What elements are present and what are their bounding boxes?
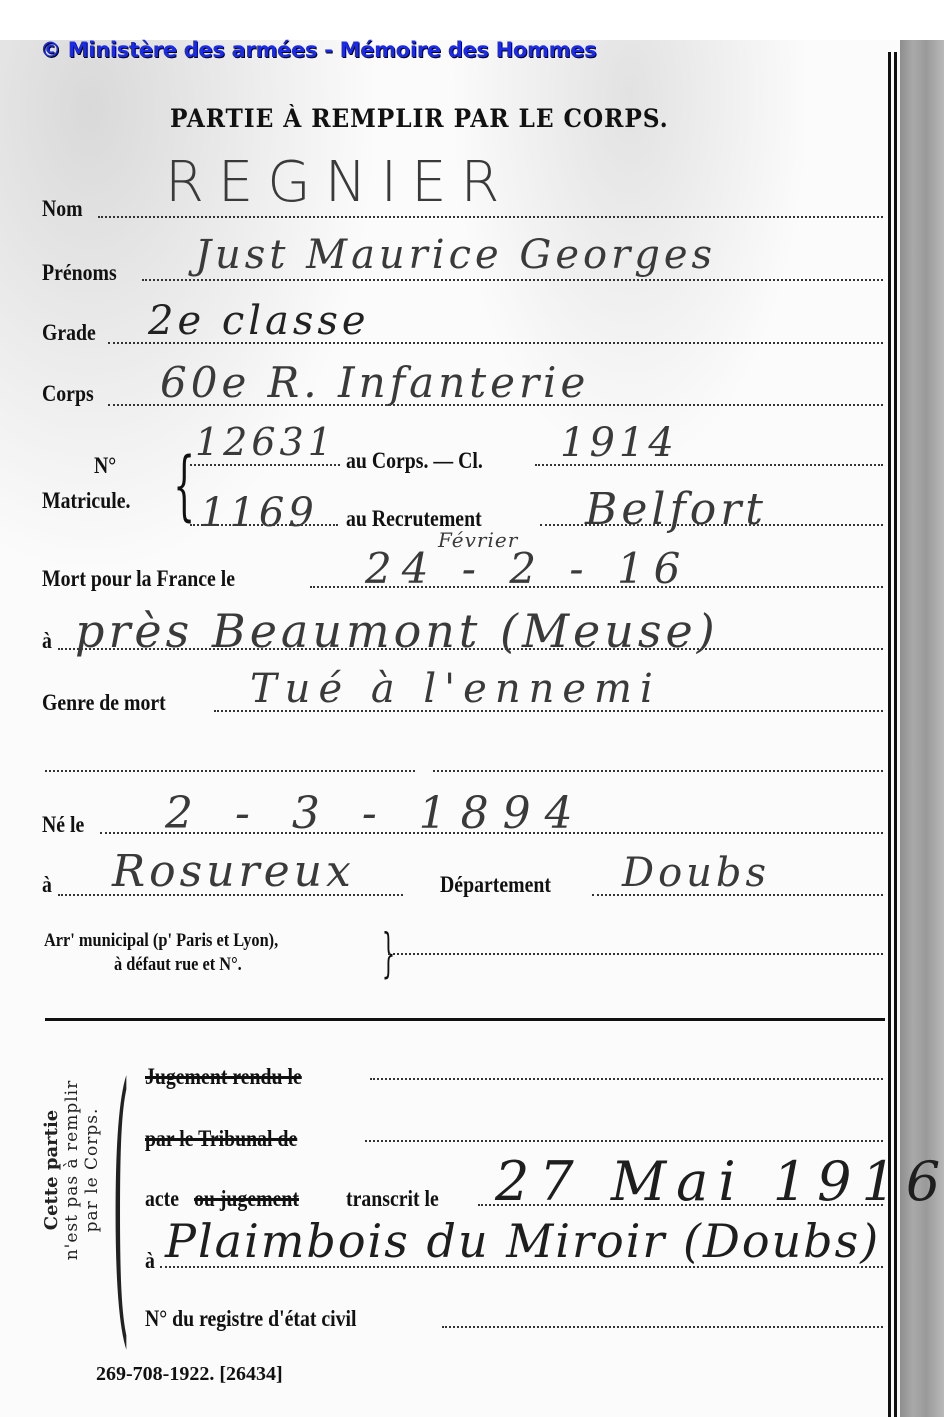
recrutement-number: 1169	[200, 490, 318, 536]
classe-value: 1914	[560, 420, 678, 466]
ne-le-label: Né le	[42, 812, 84, 838]
corps-number-label: au Corps. — Cl.	[346, 448, 483, 474]
form-title: PARTIE À REMPLIR PAR LE CORPS.	[170, 104, 669, 133]
grade-value: 2e classe	[148, 298, 370, 344]
dotted-line	[365, 1140, 883, 1142]
prenoms-value: Just Maurice Georges	[195, 232, 716, 278]
acte-label-struck: ou jugement	[194, 1186, 299, 1212]
dotted-line	[98, 216, 883, 218]
dotted-line	[442, 1326, 883, 1328]
print-reference: 269-708-1922. [26434]	[96, 1363, 283, 1386]
acte-label-prefix: acte	[145, 1186, 179, 1212]
genre-mort-label: Genre de mort	[42, 690, 166, 716]
dotted-line	[142, 279, 883, 281]
jugement-label: Jugement rendu le	[145, 1064, 302, 1090]
side-note: Cette partie n'est pas à remplir par le …	[42, 1050, 102, 1290]
departement-value: Doubs	[622, 850, 770, 896]
side-note-line: n'est pas à remplir	[62, 1050, 82, 1290]
side-note-line: Cette partie	[42, 1050, 62, 1290]
nom-value: REGNIER	[165, 150, 513, 215]
brace: {	[173, 440, 195, 530]
genre-mort-value: Tué à l'ennemi	[250, 666, 661, 712]
copyright-watermark: © Ministère des armées - Mémoire des Hom…	[40, 38, 596, 62]
top-margin	[0, 0, 944, 40]
dotted-line	[370, 1078, 883, 1080]
tribunal-label: par le Tribunal de	[145, 1126, 297, 1152]
grade-label: Grade	[42, 320, 96, 346]
side-note-line: par le Corps.	[82, 1050, 102, 1290]
mort-date-value: 24 - 2 - 16	[365, 544, 690, 593]
recrutement-place: Belfort	[585, 484, 767, 535]
departement-label: Département	[440, 872, 551, 898]
no-label: N°	[94, 453, 116, 479]
arrondissement-label-line1: Arr' municipal (p' Paris et Lyon),	[44, 930, 278, 952]
dotted-line	[190, 464, 340, 466]
ne-a-value: Rosureux	[112, 846, 355, 897]
registre-label: N° du registre d'état civil	[145, 1306, 357, 1332]
nom-label: Nom	[42, 196, 83, 222]
brace: (	[112, 1050, 130, 1350]
dotted-line	[388, 953, 883, 955]
dotted-line	[45, 770, 415, 772]
ne-le-value: 2 - 3 - 1894	[165, 788, 587, 839]
ne-a-label: à	[42, 872, 52, 898]
lieu-label: à	[145, 1248, 155, 1274]
matricule-label: Matricule.	[42, 488, 130, 514]
lieu-value: Plaimbois du Miroir (Doubs)	[165, 1214, 880, 1268]
corps-value: 60e R. Infanterie	[160, 358, 589, 407]
mort-lieu-label: à	[42, 628, 52, 654]
acte-date-value: 27 Mai 1916	[495, 1150, 944, 1213]
arrondissement-label-line2: à défaut rue et N°.	[114, 954, 242, 976]
mort-date-label: Mort pour la France le	[42, 566, 235, 592]
corps-number: 12631	[195, 420, 336, 464]
dotted-line	[433, 770, 883, 772]
mort-lieu-value: près Beaumont (Meuse)	[75, 604, 719, 658]
corps-label: Corps	[42, 381, 94, 407]
section-divider	[45, 1018, 885, 1021]
prenoms-label: Prénoms	[42, 260, 117, 286]
acte-label-suffix: transcrit le	[346, 1186, 439, 1212]
